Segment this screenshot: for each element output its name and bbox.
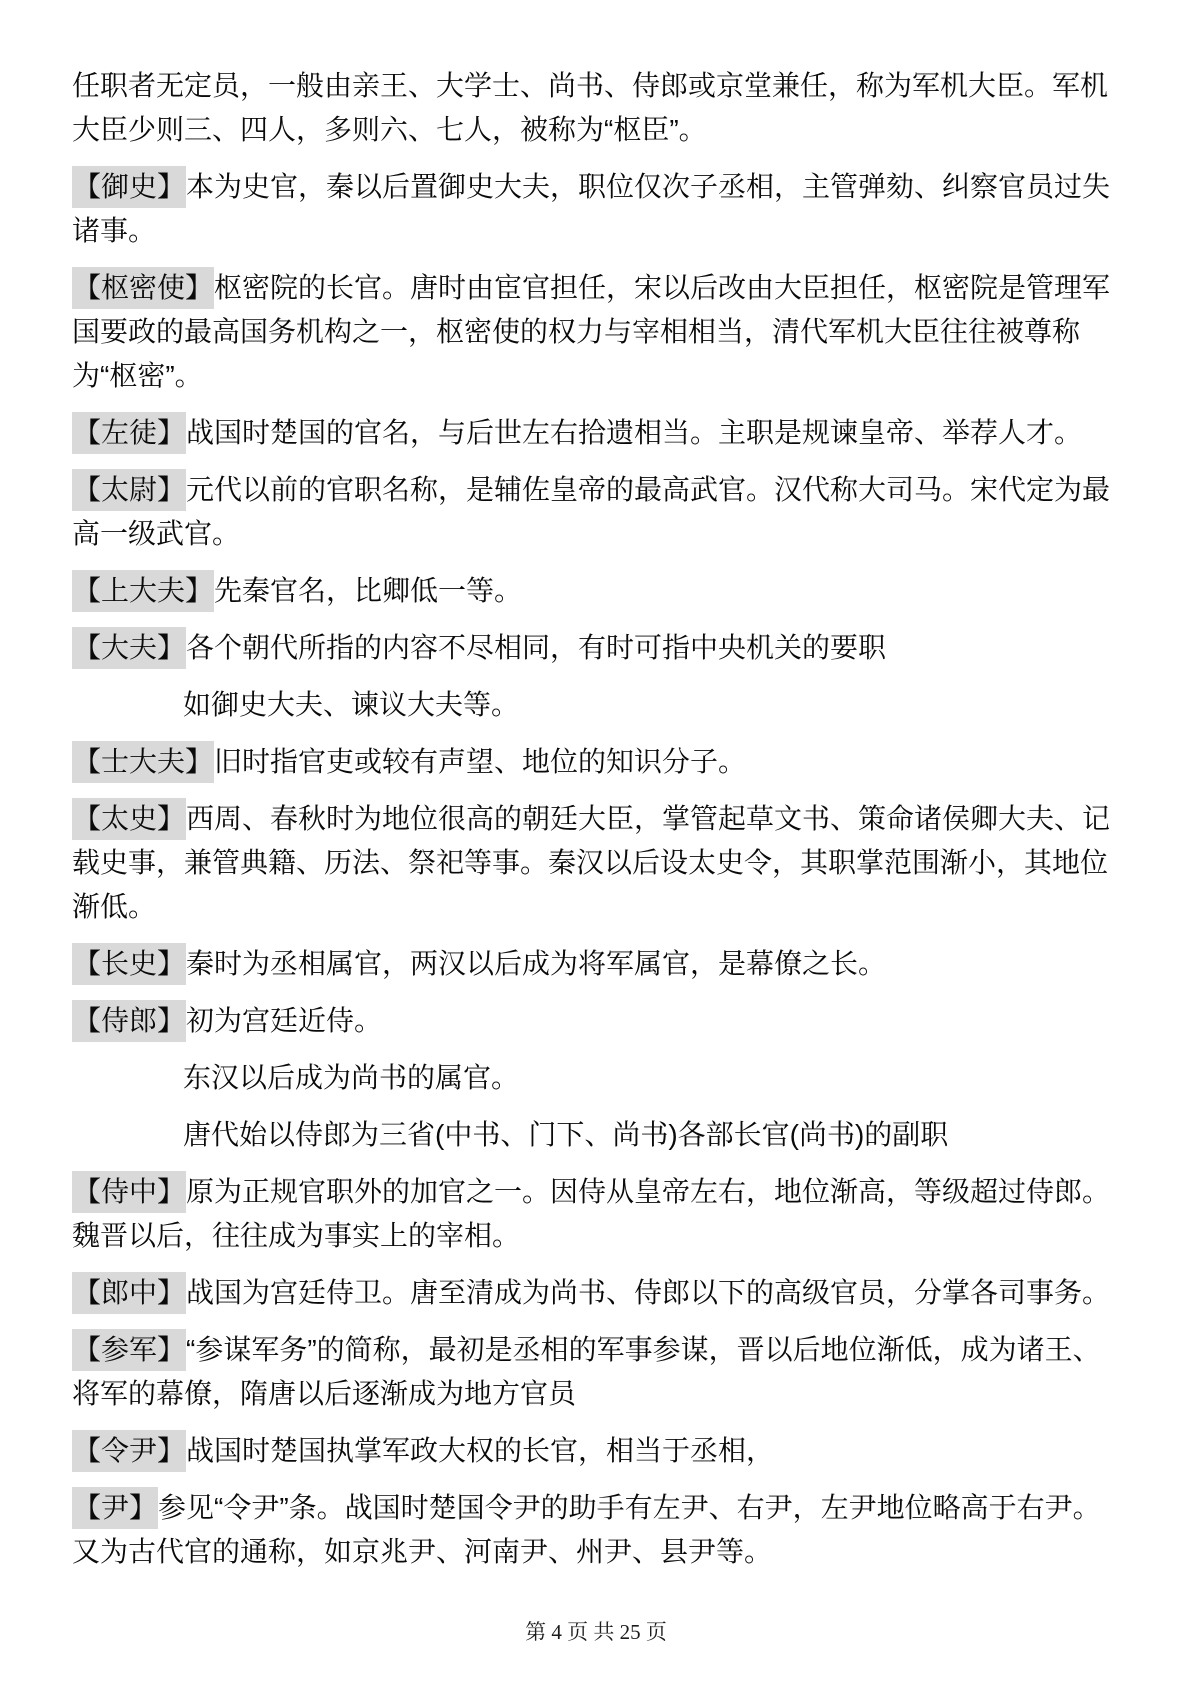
term-highlight: 【郎中】 xyxy=(72,1272,186,1314)
term-highlight: 【太史】 xyxy=(72,798,186,840)
glossary-entry: 如御史大夫、谏议大夫等。 xyxy=(72,683,1120,727)
entry-text: 任职者无定员，一般由亲王、大学士、尚书、侍郎或京堂兼任，称为军机大臣。军机大臣少… xyxy=(72,70,1108,145)
entry-text: 秦时为丞相属官，两汉以后成为将军属官，是幕僚之长。 xyxy=(186,948,886,979)
glossary-entry: 东汉以后成为尚书的属官。 xyxy=(72,1056,1120,1100)
glossary-entry: 任职者无定员，一般由亲王、大学士、尚书、侍郎或京堂兼任，称为军机大臣。军机大臣少… xyxy=(72,64,1120,152)
entry-text: 战国时楚国的官名，与后世左右拾遗相当。主职是规谏皇帝、举荐人才。 xyxy=(186,417,1082,448)
glossary-entry: 唐代始以侍郎为三省(中书、门下、尚书)各部长官(尚书)的副职 xyxy=(72,1113,1120,1157)
glossary-entry: 【郎中】战国为宫廷侍卫。唐至清成为尚书、侍郎以下的高级官员，分掌各司事务。 xyxy=(72,1271,1120,1315)
entry-text: 如御史大夫、谏议大夫等。 xyxy=(183,689,519,720)
entry-text: 唐代始以侍郎为三省(中书、门下、尚书)各部长官(尚书)的副职 xyxy=(183,1119,948,1150)
entry-text: 元代以前的官职名称，是辅佐皇帝的最高武官。汉代称大司马。宋代定为最高一级武官。 xyxy=(72,474,1110,549)
term-highlight: 【枢密使】 xyxy=(72,267,214,309)
term-highlight: 【侍郎】 xyxy=(72,1000,186,1042)
glossary-entry: 【上大夫】先秦官名，比卿低一等。 xyxy=(72,569,1120,613)
glossary-entry: 【太尉】元代以前的官职名称，是辅佐皇帝的最高武官。汉代称大司马。宋代定为最高一级… xyxy=(72,468,1120,556)
entry-text: 各个朝代所指的内容不尽相同，有时可指中央机关的要职 xyxy=(186,632,886,663)
glossary-entry: 【长史】秦时为丞相属官，两汉以后成为将军属官，是幕僚之长。 xyxy=(72,942,1120,986)
glossary-entry: 【枢密使】枢密院的长官。唐时由宦官担任，宋以后改由大臣担任，枢密院是管理军国要政… xyxy=(72,266,1120,398)
entry-text: 初为宫廷近侍。 xyxy=(186,1005,382,1036)
glossary-entry: 【御史】本为史官，秦以后置御史大夫，职位仅次子丞相，主管弹劾、纠察官员过失诸事。 xyxy=(72,165,1120,253)
glossary-entry: 【令尹】战国时楚国执掌军政大权的长官，相当于丞相， xyxy=(72,1429,1120,1473)
term-highlight: 【太尉】 xyxy=(72,469,186,511)
glossary-entry: 【太史】西周、春秋时为地位很高的朝廷大臣，掌管起草文书、策命诸侯卿大夫、记载史事… xyxy=(72,797,1120,929)
entry-text: 先秦官名，比卿低一等。 xyxy=(214,575,522,606)
term-highlight: 【参军】 xyxy=(72,1329,186,1371)
entry-text: 参见“令尹”条。战国时楚国令尹的助手有左尹、右尹，左尹地位略高于右尹。又为古代官… xyxy=(72,1492,1101,1567)
entry-text: “参谋军务”的简称，最初是丞相的军事参谋，晋以后地位渐低，成为诸王、将军的幕僚，… xyxy=(72,1334,1101,1409)
term-highlight: 【令尹】 xyxy=(72,1430,186,1472)
document-content: 任职者无定员，一般由亲王、大学士、尚书、侍郎或京堂兼任，称为军机大臣。军机大臣少… xyxy=(0,0,1192,1574)
glossary-entry: 【大夫】各个朝代所指的内容不尽相同，有时可指中央机关的要职 xyxy=(72,626,1120,670)
entry-text: 旧时指官吏或较有声望、地位的知识分子。 xyxy=(214,746,746,777)
term-highlight: 【大夫】 xyxy=(72,627,186,669)
glossary-entry: 【左徒】战国时楚国的官名，与后世左右拾遗相当。主职是规谏皇帝、举荐人才。 xyxy=(72,411,1120,455)
entry-text: 战国为宫廷侍卫。唐至清成为尚书、侍郎以下的高级官员，分掌各司事务。 xyxy=(186,1277,1110,1308)
entry-text: 战国时楚国执掌军政大权的长官，相当于丞相， xyxy=(186,1435,774,1466)
term-highlight: 【侍中】 xyxy=(72,1171,186,1213)
entry-text: 枢密院的长官。唐时由宦官担任，宋以后改由大臣担任，枢密院是管理军国要政的最高国务… xyxy=(72,272,1110,391)
page-number: 第 4 页 共 25 页 xyxy=(525,1620,667,1644)
entry-text: 本为史官，秦以后置御史大夫，职位仅次子丞相，主管弹劾、纠察官员过失诸事。 xyxy=(72,171,1110,246)
page-footer: 第 4 页 共 25 页 xyxy=(0,1616,1192,1646)
glossary-entry: 【士大夫】旧时指官吏或较有声望、地位的知识分子。 xyxy=(72,740,1120,784)
term-highlight: 【御史】 xyxy=(72,166,186,208)
glossary-entry: 【参军】“参谋军务”的简称，最初是丞相的军事参谋，晋以后地位渐低，成为诸王、将军… xyxy=(72,1328,1120,1416)
term-highlight: 【尹】 xyxy=(72,1487,158,1529)
term-highlight: 【士大夫】 xyxy=(72,741,214,783)
entry-text: 东汉以后成为尚书的属官。 xyxy=(183,1062,519,1093)
glossary-entry: 【侍郎】初为宫廷近侍。 xyxy=(72,999,1120,1043)
entry-text: 原为正规官职外的加官之一。因侍从皇帝左右，地位渐高，等级超过侍郎。魏晋以后，往往… xyxy=(72,1176,1110,1251)
term-highlight: 【长史】 xyxy=(72,943,186,985)
term-highlight: 【左徒】 xyxy=(72,412,186,454)
glossary-entry: 【侍中】原为正规官职外的加官之一。因侍从皇帝左右，地位渐高，等级超过侍郎。魏晋以… xyxy=(72,1170,1120,1258)
term-highlight: 【上大夫】 xyxy=(72,570,214,612)
document-page: 任职者无定员，一般由亲王、大学士、尚书、侍郎或京堂兼任，称为军机大臣。军机大臣少… xyxy=(0,0,1192,1685)
glossary-entry: 【尹】参见“令尹”条。战国时楚国令尹的助手有左尹、右尹，左尹地位略高于右尹。又为… xyxy=(72,1486,1120,1574)
entry-text: 西周、春秋时为地位很高的朝廷大臣，掌管起草文书、策命诸侯卿大夫、记载史事，兼管典… xyxy=(72,803,1110,922)
